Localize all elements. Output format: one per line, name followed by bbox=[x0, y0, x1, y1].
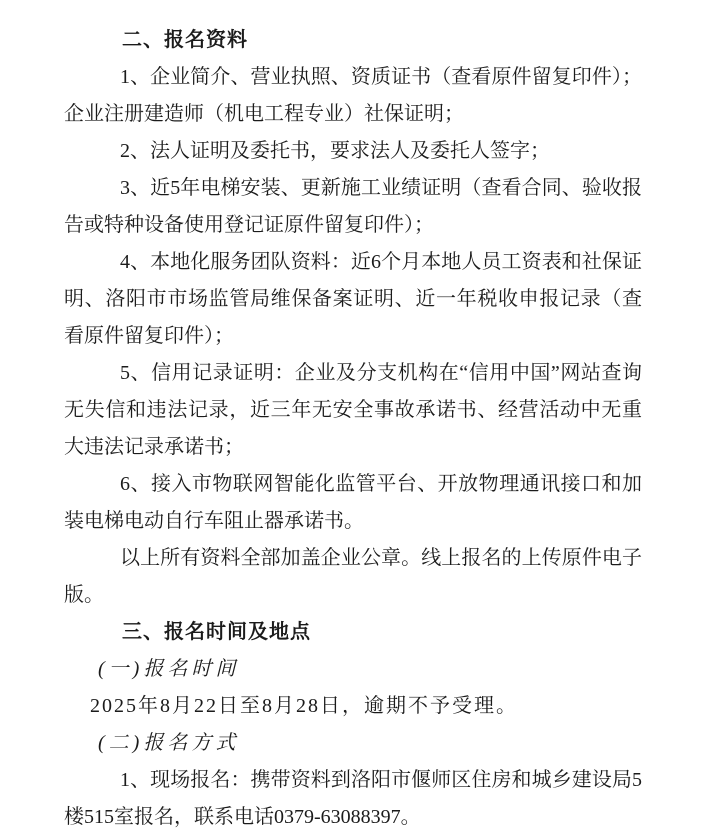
paragraph-item-1: 1、企业简介、营业执照、资质证书（查看原件留复印件）；企业注册建造师（机电工程专… bbox=[64, 59, 642, 133]
paragraph-registration-dates: 2025年8月22日至8月28日，逾期不予受理。 bbox=[64, 688, 642, 725]
subheading-registration-method: (二)报名方式 bbox=[64, 725, 642, 762]
paragraph-seal-note: 以上所有资料全部加盖企业公章。线上报名的上传原件电子版。 bbox=[64, 540, 642, 614]
document-page: 二、报名资料 1、企业简介、营业执照、资质证书（查看原件留复印件）；企业注册建造… bbox=[0, 0, 702, 837]
section-heading-time-and-location: 三、报名时间及地点 bbox=[64, 614, 642, 651]
paragraph-item-3: 3、近5年电梯安装、更新施工业绩证明（查看合同、验收报告或特种设备使用登记证原件… bbox=[64, 170, 642, 244]
section-heading-registration-materials: 二、报名资料 bbox=[64, 22, 642, 59]
paragraph-item-5: 5、信用记录证明：企业及分支机构在“信用中国”网站查询无失信和违法记录，近三年无… bbox=[64, 355, 642, 466]
subheading-registration-time: (一)报名时间 bbox=[64, 651, 642, 688]
paragraph-item-2: 2、法人证明及委托书，要求法人及委托人签字； bbox=[64, 133, 642, 170]
paragraph-item-6: 6、接入市物联网智能化监管平台、开放物理通讯接口和加装电梯电动自行车阻止器承诺书… bbox=[64, 466, 642, 540]
paragraph-item-4: 4、本地化服务团队资料：近6个月本地人员工资表和社保证明、洛阳市市场监管局维保备… bbox=[64, 244, 642, 355]
paragraph-onsite-registration: 1、现场报名：携带资料到洛阳市偃师区住房和城乡建设局5楼515室报名，联系电话0… bbox=[64, 762, 642, 836]
